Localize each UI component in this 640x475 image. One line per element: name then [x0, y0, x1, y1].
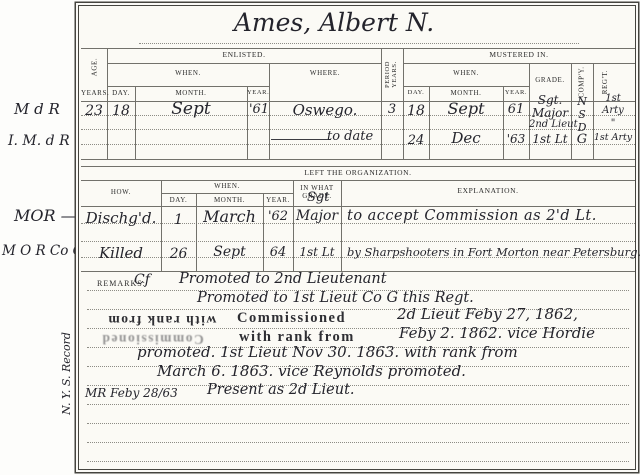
left-grade-value-2: 1st Lt [293, 246, 341, 258]
mustered-year-header: YEAR. [503, 89, 529, 96]
ruled-line [87, 404, 629, 405]
margin-note-mdr: M d R [14, 102, 60, 117]
muster-grade-1: Sgt. [529, 94, 571, 106]
enlisted-month-header: MONTH. [135, 89, 247, 97]
enlisted-header: ENLISTED. [107, 51, 381, 60]
muster2-year-value: '63 [503, 133, 529, 145]
enlisted-where-header: WHERE. [269, 69, 381, 77]
regiment-value-2: Arty [593, 106, 633, 116]
regiment-value-1: 1st [593, 94, 633, 104]
remarks-line-3-handwritten: 2d Lieut Feby 27, 1862, [397, 307, 578, 322]
mustered-in-header: MUSTERED IN. [403, 51, 635, 60]
enlisted-day-header: DAY. [107, 89, 135, 97]
remarks-line-7-prefix: MR Feby 28/63 [85, 387, 178, 399]
left-year-value-1: '62 [263, 210, 293, 223]
ruled-line [81, 241, 635, 242]
remarks-cf: Cf [134, 273, 150, 287]
period-years-header: PERIOD YEARS. [381, 48, 403, 101]
age-value: 23 [81, 104, 107, 118]
muster-grade-2: Major [529, 107, 571, 119]
ruled-line [87, 423, 629, 424]
record-card: N. Y. S. Record Ames, Albert N. AGE. Y [78, 5, 636, 470]
inverted-stamp-with-rank-from: with rank from [107, 312, 216, 328]
remarks-line-4-handwritten: Feby 2. 1862. vice Hordie [399, 326, 595, 341]
regiment-ditto-mark: " [593, 119, 633, 129]
muster2-grade-value: 1st Lt [529, 133, 571, 145]
vertical-margin-note-text: N. Y. S. Record [61, 332, 72, 415]
left-year-value-2: 64 [263, 246, 293, 259]
left-month-value-1: March [196, 209, 263, 225]
grid-line [81, 159, 635, 160]
muster2-regiment-value: 1st Arty [593, 133, 633, 143]
continuation-dash [271, 139, 331, 140]
period-value: 3 [381, 103, 403, 116]
ruled-line [87, 461, 629, 462]
mustered-day-header: DAY. [403, 89, 429, 96]
remarks-line-5: promoted. 1st Lieut Nov 30. 1863. with r… [137, 345, 518, 360]
enlist-month-value: Sept [135, 101, 247, 118]
how-value-2: Killed [83, 246, 159, 261]
enlist-day-value: 18 [107, 104, 135, 118]
remarks-line-2: Promoted to 1st Lieut Co G this Regt. [197, 291, 474, 306]
margin-note-mor-co-g: M O R Co G [2, 245, 83, 259]
explanation-value-1: to accept Commission as 2'd Lt. [347, 209, 597, 224]
explanation-value-2: by Sharpshooters in Fort Morton near Pet… [347, 247, 640, 259]
left-year-header: YEAR. [263, 196, 293, 204]
remarks-line-6: March 6. 1863. vice Reynolds promoted. [157, 364, 466, 379]
muster2-company-value: G [571, 133, 593, 146]
grade-overwrite-sgt: Sgt [307, 191, 329, 204]
scanned-record-card: M d R I. M. d R MOR — M O R Co G N. Y. S… [0, 0, 640, 475]
grid-line [196, 193, 197, 271]
mustered-when-header: WHEN. [403, 69, 529, 77]
remarks-line-1: Promoted to 2nd Lieutenant [179, 272, 387, 287]
grid-line [81, 48, 635, 49]
how-column-header: HOW. [81, 188, 161, 196]
muster-grade-3: 2nd Lieut [529, 120, 571, 130]
vertical-margin-note: N. Y. S. Record [55, 301, 77, 446]
left-when-header: WHEN. [161, 182, 293, 190]
stamp-commissioned: Commissioned [237, 310, 346, 327]
years-column-header: YEARS. [81, 89, 107, 97]
left-month-value-2: Sept [196, 245, 263, 259]
company-value-1: N [571, 96, 593, 107]
company-value-2: S [571, 109, 593, 120]
grid-line [81, 180, 635, 181]
grid-line [161, 193, 293, 194]
muster2-month-value: Dec [429, 131, 503, 146]
enlist-where-value: Oswego. [269, 103, 381, 118]
left-month-header: MONTH. [196, 196, 263, 204]
grade-column-header: GRADE. [529, 76, 571, 84]
how-value-1: Dischg'd. [83, 211, 159, 226]
grid-line [403, 86, 529, 87]
grid-line [247, 86, 248, 159]
left-day-value-2: 26 [161, 247, 196, 261]
ruled-line [87, 442, 629, 443]
enlisted-when-header: WHEN. [107, 69, 269, 77]
soldier-name: Ames, Albert N. [169, 10, 499, 35]
enlisted-year-header: YEAR. [247, 89, 269, 96]
grid-line [503, 86, 504, 159]
left-organization-header: LEFT THE ORGANIZATION. [81, 169, 635, 178]
mustered-month-header: MONTH. [429, 89, 503, 97]
left-day-header: DAY. [161, 196, 196, 204]
grid-line [107, 86, 269, 87]
remarks-line-7: Present as 2d Lieut. [207, 383, 355, 398]
muster-month-value: Sept [429, 101, 503, 117]
muster-where-todate: to date [327, 130, 373, 143]
muster-year-value: 61 [503, 103, 529, 116]
muster-day-value: 18 [403, 104, 429, 118]
grid-line [81, 166, 635, 167]
enlist-year-value: '61 [247, 103, 271, 116]
left-day-value-1: 1 [161, 213, 196, 227]
left-grade-value-1: Major [293, 209, 341, 223]
muster2-day-value: 24 [403, 134, 429, 147]
age-column-header: AGE. [81, 48, 107, 86]
name-underline [139, 43, 579, 44]
grid-line [107, 63, 381, 64]
grid-line [263, 193, 264, 271]
margin-note-mor: MOR — [14, 208, 77, 224]
margin-note-imdr: I. M. d R [8, 134, 70, 148]
grid-line [81, 206, 635, 207]
explanation-header: EXPLANATION. [341, 187, 635, 196]
